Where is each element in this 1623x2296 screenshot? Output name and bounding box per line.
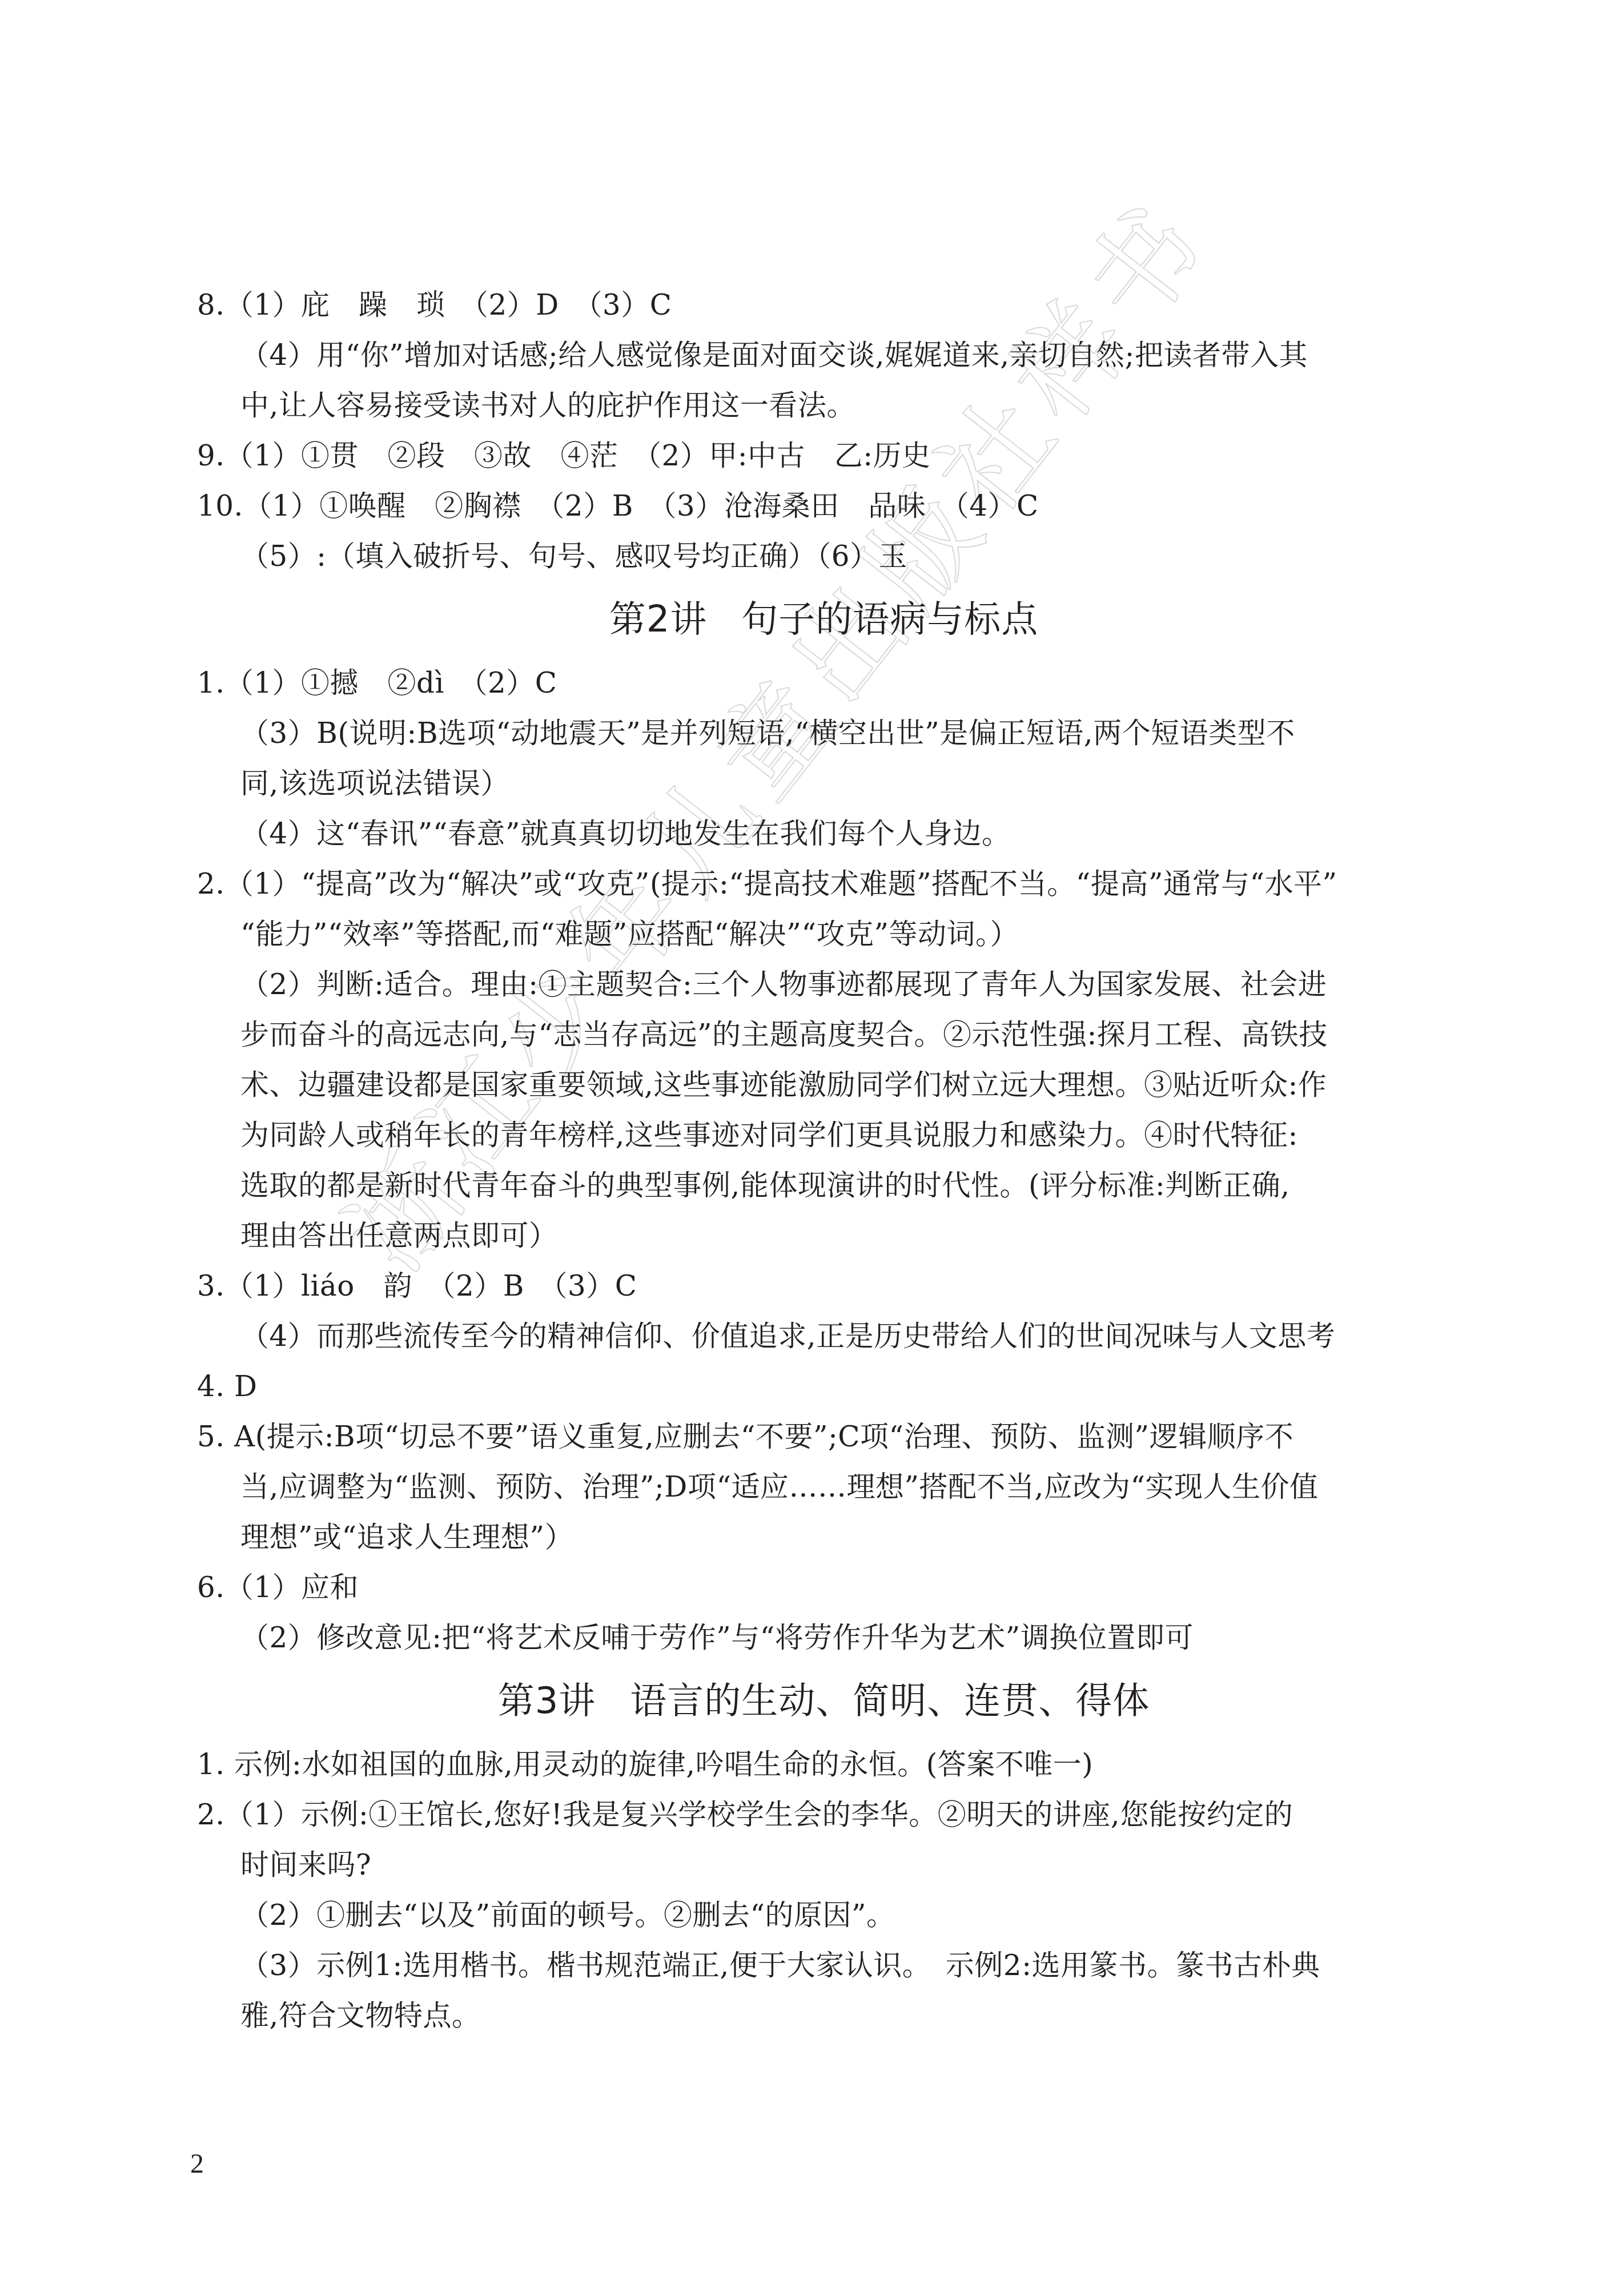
section-heading-2: 第2讲句子的语病与标点 bbox=[197, 588, 1451, 651]
answer-line: 1. 示例:水如祖国的血脉,用灵动的旋律,吟唱生命的永恒。(答案不唯一) bbox=[197, 1739, 1451, 1790]
answer-content: 8.（1）庇 躁 琐 （2）D （3）C （4）用“你”增加对话感;给人感觉像是… bbox=[197, 280, 1451, 2041]
answer-line: 1.（1）①撼 ②dì （2）C bbox=[197, 658, 1451, 708]
answer-line: （4）这“春讯”“春意”就真真切切地发生在我们每个人身边。 bbox=[197, 809, 1451, 859]
answer-line: （4）用“你”增加对话感;给人感觉像是面对面交谈,娓娓道来,亲切自然;把读者带入… bbox=[197, 330, 1451, 380]
answer-line: （2）修改意见:把“将艺术反哺于劳作”与“将劳作升华为艺术”调换位置即可 bbox=[197, 1613, 1451, 1663]
answer-line: 5. A(提示:B项“切忌不要”语义重复,应删去“不要”;C项“治理、预防、监测… bbox=[197, 1412, 1451, 1462]
answer-line: 雅,符合文物特点。 bbox=[197, 1991, 1451, 2041]
answer-line: （2）判断:适合。理由:①主题契合:三个人物事迹都展现了青年人为国家发展、社会进 bbox=[197, 959, 1451, 1010]
answer-line: 6.（1）应和 bbox=[197, 1562, 1451, 1613]
heading-title: 句子的语病与标点 bbox=[741, 598, 1038, 641]
answer-line: 为同龄人或稍年长的青年榜样,这些事迹对同学们更具说服力和感染力。④时代特征: bbox=[197, 1110, 1451, 1160]
answer-line: 4. D bbox=[197, 1361, 1451, 1412]
answer-line: （5）:（填入破折号、句号、感叹号均正确）（6）玉 bbox=[197, 531, 1451, 581]
answer-line: 术、边疆建设都是国家重要领域,这些事迹能激励同学们树立远大理想。③贴近听众:作 bbox=[197, 1060, 1451, 1110]
answer-line: 选取的都是新时代青年奋斗的典型事例,能体现演讲的时代性。(评分标准:判断正确, bbox=[197, 1160, 1451, 1211]
answer-line: （3）B(说明:B选项“动地震天”是并列短语,“横空出世”是偏正短语,两个短语类… bbox=[197, 708, 1451, 758]
answer-line: 8.（1）庇 躁 琐 （2）D （3）C bbox=[197, 280, 1451, 330]
answer-line: 同,该选项说法错误） bbox=[197, 758, 1451, 809]
answer-line: 时间来吗? bbox=[197, 1840, 1451, 1890]
answer-line: （2）①删去“以及”前面的顿号。②删去“的原因”。 bbox=[197, 1890, 1451, 1940]
section-1-answers: 8.（1）庇 躁 琐 （2）D （3）C （4）用“你”增加对话感;给人感觉像是… bbox=[197, 280, 1451, 581]
answer-line: 3.（1）liáo 韵 （2）B （3）C bbox=[197, 1261, 1451, 1311]
document-page: 浙江少年儿童出版社样书 8.（1）庇 躁 琐 （2）D （3）C （4）用“你”… bbox=[0, 0, 1623, 2296]
section-heading-3: 第3讲语言的生动、简明、连贯、得体 bbox=[197, 1670, 1451, 1732]
answer-line: （3）示例1:选用楷书。楷书规范端正,便于大家认识。 示例2:选用篆书。篆书古朴… bbox=[197, 1940, 1451, 1991]
answer-line: 中,让人容易接受读书对人的庇护作用这一看法。 bbox=[197, 380, 1451, 431]
answer-line: （4）而那些流传至今的精神信仰、价值追求,正是历史带给人们的世间况味与人文思考 bbox=[197, 1311, 1451, 1361]
answer-line: 2.（1）“提高”改为“解决”或“攻克”(提示:“提高技术难题”搭配不当。“提高… bbox=[197, 859, 1451, 909]
page-number: 2 bbox=[190, 2148, 204, 2180]
heading-title: 语言的生动、简明、连贯、得体 bbox=[630, 1680, 1150, 1722]
answer-line: 10.（1）①唤醒 ②胸襟 （2）B （3）沧海桑田 品味 （4）C bbox=[197, 481, 1451, 531]
heading-number: 第3讲 bbox=[498, 1680, 596, 1722]
heading-number: 第2讲 bbox=[609, 598, 708, 641]
answer-line: “能力”“效率”等搭配,而“难题”应搭配“解决”“攻克”等动词。） bbox=[197, 909, 1451, 959]
answer-line: 理想”或“追求人生理想”） bbox=[197, 1512, 1451, 1562]
section-3-answers: 1. 示例:水如祖国的血脉,用灵动的旋律,吟唱生命的永恒。(答案不唯一) 2.（… bbox=[197, 1739, 1451, 2041]
section-2-answers: 1.（1）①撼 ②dì （2）C （3）B(说明:B选项“动地震天”是并列短语,… bbox=[197, 658, 1451, 1663]
answer-line: 2.（1）示例:①王馆长,您好!我是复兴学校学生会的李华。②明天的讲座,您能按约… bbox=[197, 1790, 1451, 1840]
answer-line: 当,应调整为“监测、预防、治理”;D项“适应……理想”搭配不当,应改为“实现人生… bbox=[197, 1462, 1451, 1512]
answer-line: 9.（1）①贯 ②段 ③故 ④茫 （2）甲:中古 乙:历史 bbox=[197, 431, 1451, 481]
answer-line: 步而奋斗的高远志向,与“志当存高远”的主题高度契合。②示范性强:探月工程、高铁技 bbox=[197, 1010, 1451, 1060]
answer-line: 理由答出任意两点即可） bbox=[197, 1211, 1451, 1261]
